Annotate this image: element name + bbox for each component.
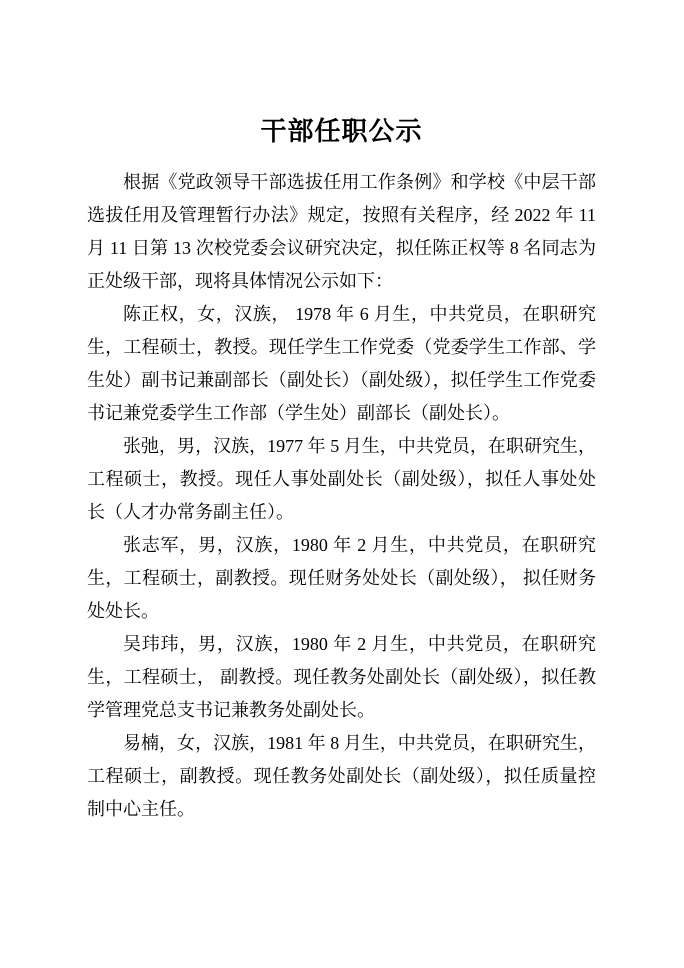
- paragraph-chen-zhengquan: 陈正权，女，汉族， 1978 年 6 月生，中共党员，在职研究生，工程硕士，教授…: [87, 298, 596, 430]
- paragraph-yi-nan: 易楠，女，汉族，1981 年 8 月生，中共党员，在职研究生，工程硕士，副教授。…: [87, 727, 596, 826]
- document-body: 根据《党政领导干部选拔任用工作条例》和学校《中层干部选拔任用及管理暂行办法》规定…: [87, 166, 596, 826]
- paragraph-zhang-chi: 张弛，男，汉族，1977 年 5 月生，中共党员，在职研究生，工程硕士，教授。现…: [87, 430, 596, 529]
- paragraph-wu-weiwei: 吴玮玮，男，汉族，1980 年 2 月生，中共党员，在职研究生，工程硕士， 副教…: [87, 628, 596, 727]
- paragraph-zhang-zhijun: 张志军，男，汉族，1980 年 2 月生，中共党员，在职研究生，工程硕士，副教授…: [87, 529, 596, 628]
- paragraph-intro: 根据《党政领导干部选拔任用工作条例》和学校《中层干部选拔任用及管理暂行办法》规定…: [87, 166, 596, 298]
- document-page: 干部任职公示 根据《党政领导干部选拔任用工作条例》和学校《中层干部选拔任用及管理…: [0, 0, 684, 968]
- document-title: 干部任职公示: [87, 112, 596, 150]
